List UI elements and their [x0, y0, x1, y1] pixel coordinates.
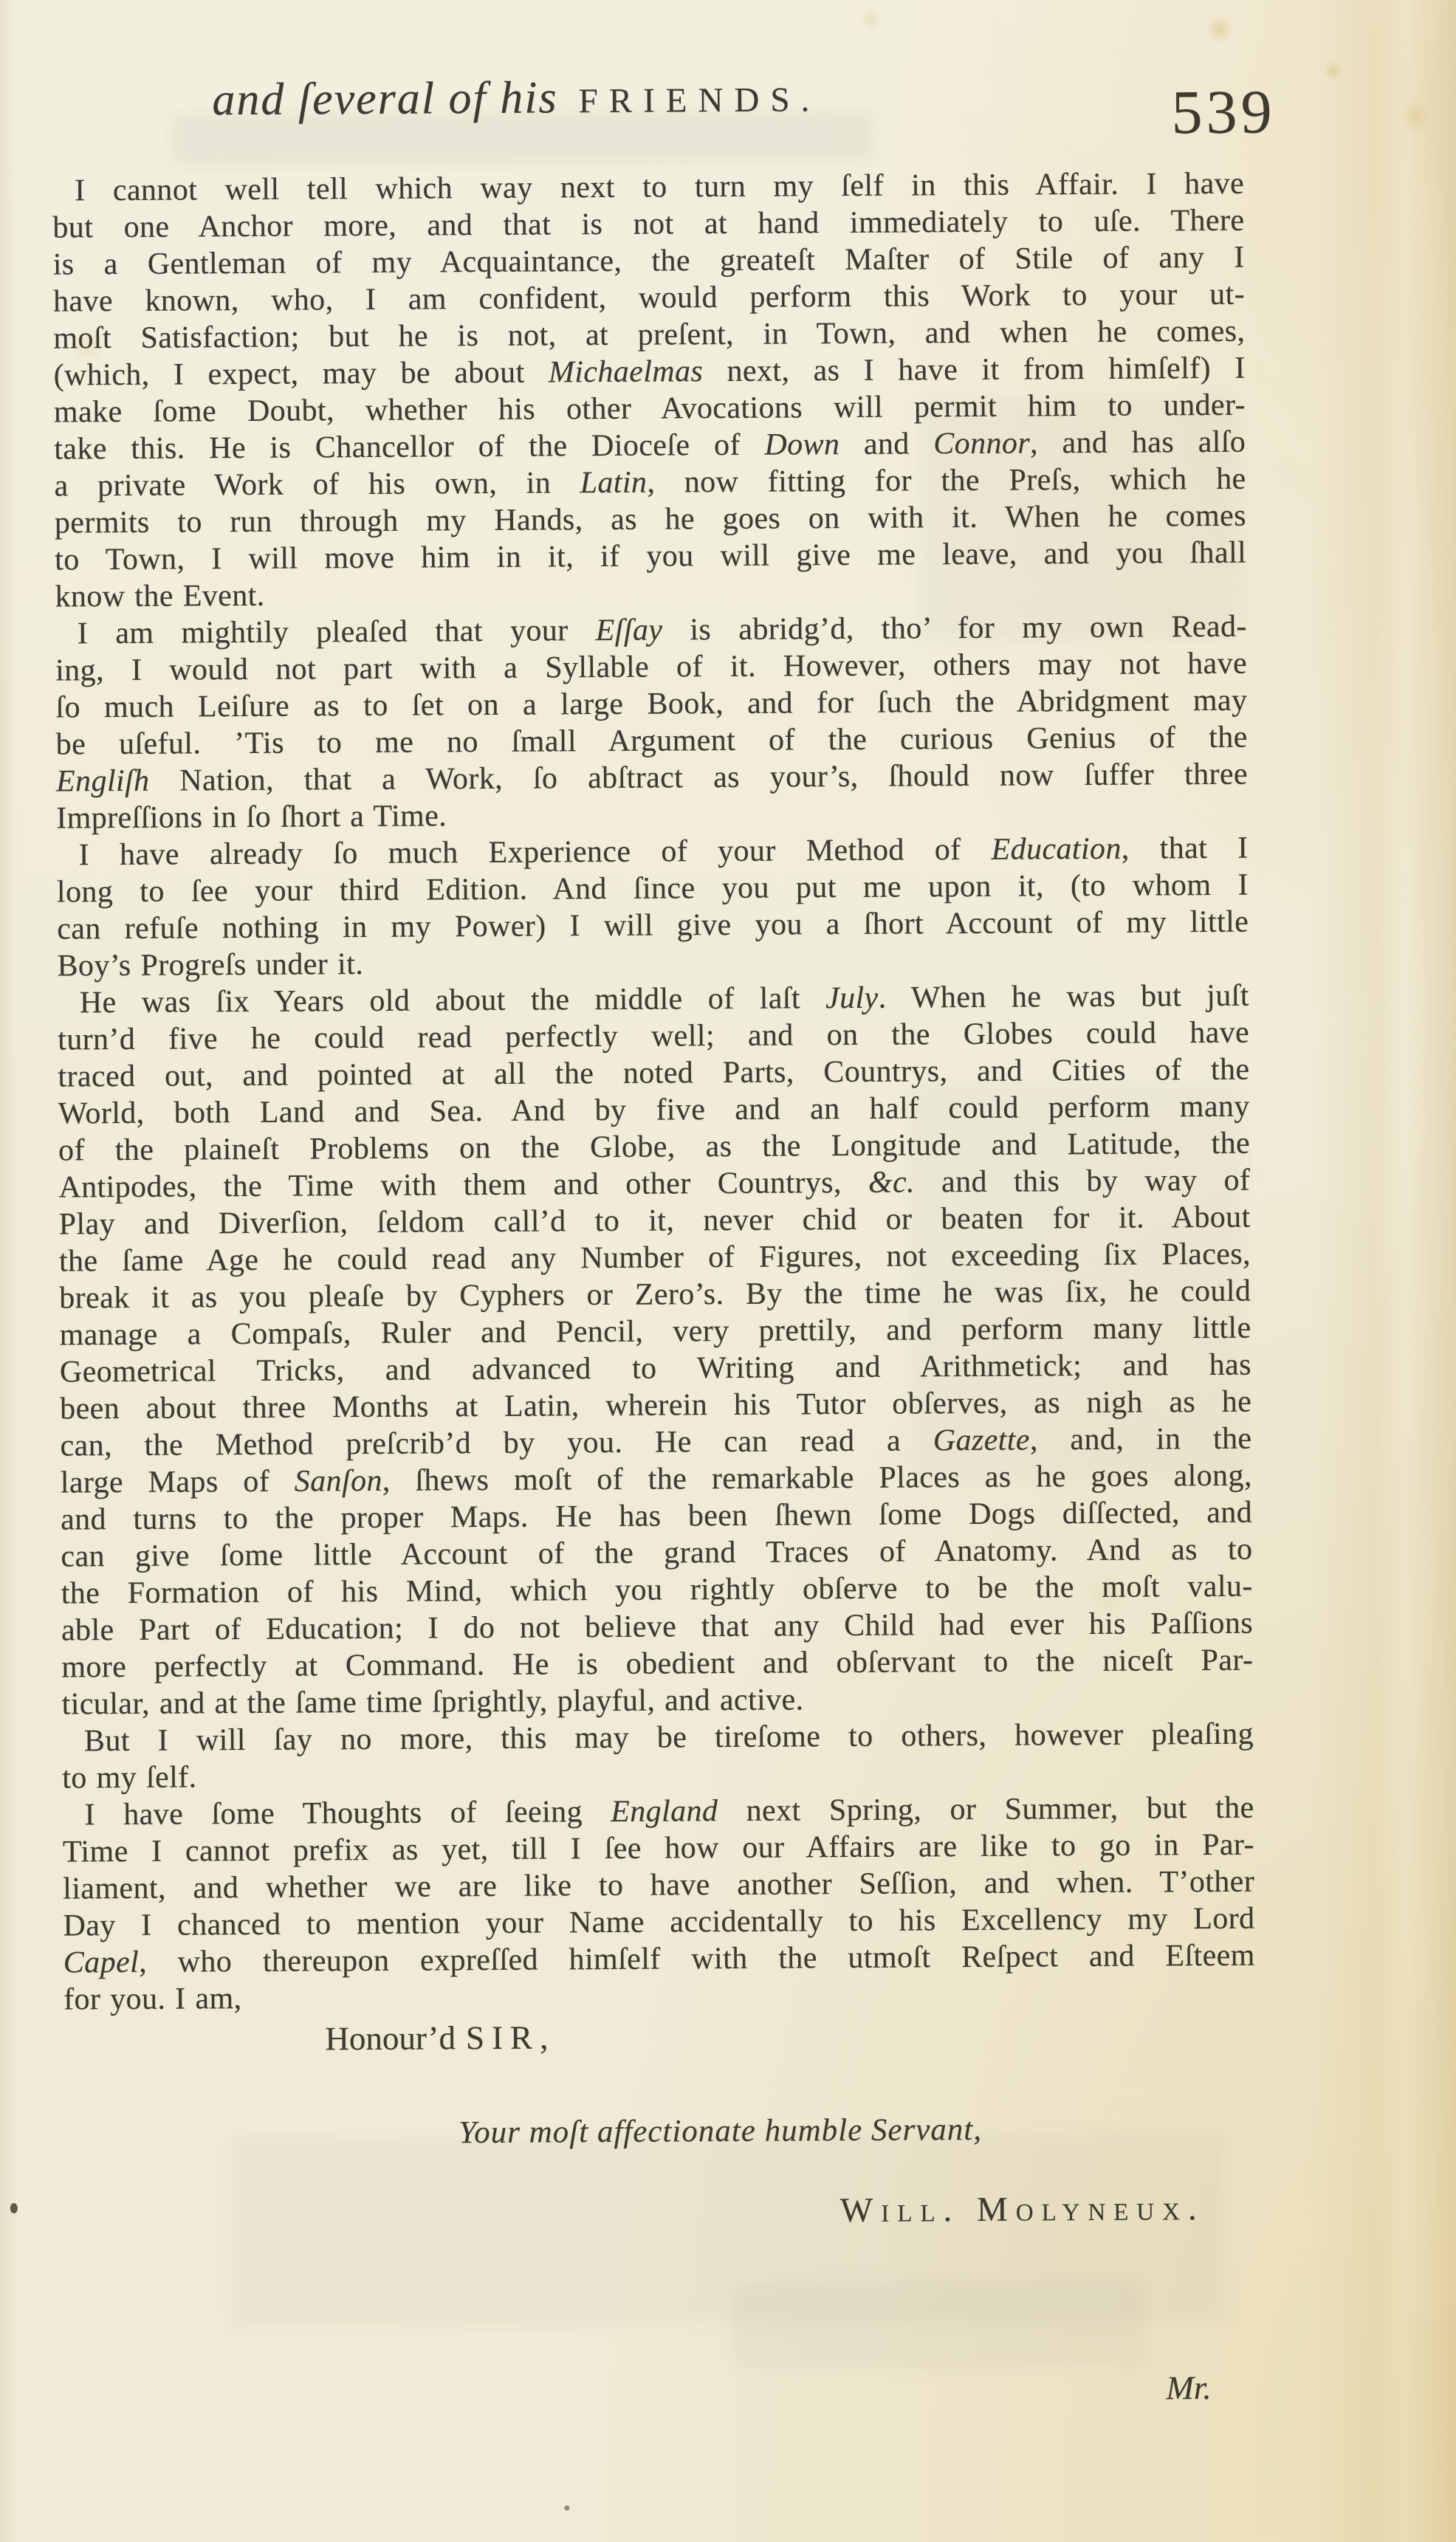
text-line: Capel, who thereupon expreſſed himſelf w… [63, 1937, 1255, 1982]
bleedthrough-smudge [731, 2279, 1145, 2370]
letter-body: I cannot well tell which way next to tur… [52, 165, 1255, 2019]
catchword: Mr. [1166, 2368, 1212, 2407]
running-head-italic: and ſeveral of his [212, 72, 558, 126]
ink-speck [10, 2203, 18, 2213]
closing-valediction: Your moſt affectionate humble Servant, [459, 2112, 982, 2151]
text-line: But I will ſay no more, this may be tire… [62, 1716, 1254, 1760]
running-head-caps: FRIENDS. [578, 80, 820, 121]
text-line: can refuſe nothing in my Power) I will g… [57, 904, 1249, 948]
running-head: and ſeveral of his FRIENDS. [212, 70, 820, 126]
closing-signature: Will. Molyneux. [840, 2188, 1205, 2230]
salutation-prefix: Honour’d [325, 2019, 456, 2057]
text-line: Engliſh Nation, that a Work, ſo abſtract… [56, 756, 1248, 800]
text-line: to Town, I will move him in it, if you w… [55, 535, 1246, 579]
text-line: more perfectly at Command. He is obedien… [61, 1642, 1253, 1686]
closing-salutation: Honour’dSIR, [325, 2018, 555, 2058]
scanned-book-page: and ſeveral of his FRIENDS. 539 I cannot… [0, 0, 1456, 2542]
page-number: 539 [1171, 76, 1276, 148]
text-line: for you. I am, [63, 1974, 1255, 2019]
page-sheet: and ſeveral of his FRIENDS. 539 I cannot… [0, 0, 1456, 2542]
ink-speck [564, 2505, 569, 2510]
salutation-caps: SIR, [466, 2019, 556, 2056]
